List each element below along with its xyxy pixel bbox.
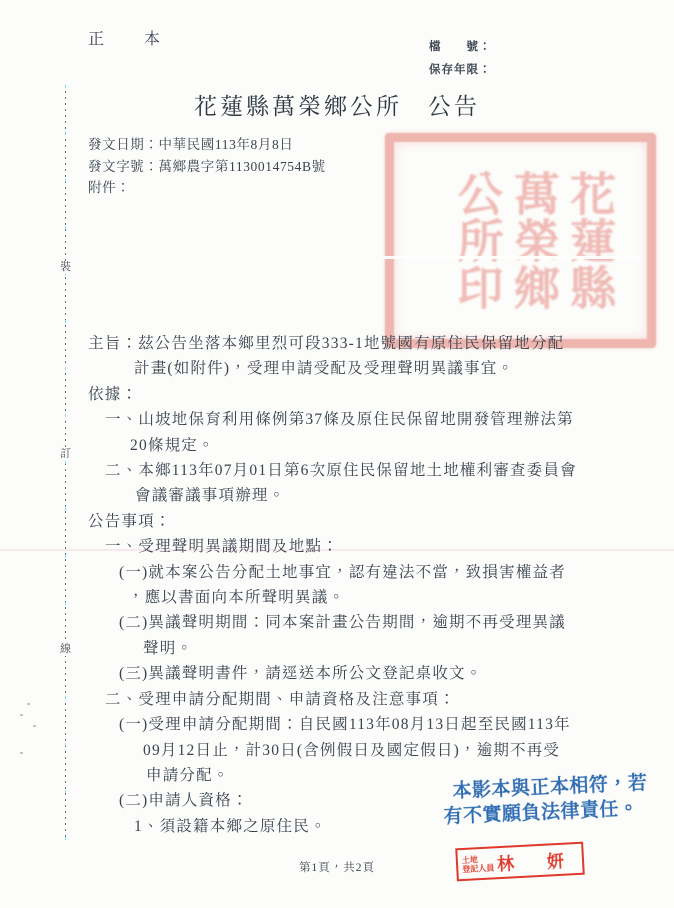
body-line: 公告事項： bbox=[0, 509, 674, 534]
copy-type-label: 正 本 bbox=[88, 26, 172, 49]
body-line: 主旨：茲公告坐落本鄉里烈可段333-1地號國有原住民保留地分配 bbox=[0, 331, 674, 356]
scan-speck bbox=[20, 752, 23, 754]
official-seal: 花蓮縣萬榮鄉公所印 bbox=[385, 133, 656, 348]
file-number-label: 檔 號： bbox=[429, 36, 492, 59]
document-meta: 發文日期：中華民國113年8月8日 發文字號：萬鄉農字第1130014754B號… bbox=[88, 134, 326, 199]
issue-date-line: 發文日期：中華民國113年8月8日 bbox=[88, 134, 326, 156]
body-line: (二)異議聲明期間：同本案計畫公告期間，逾期不再受理異議 bbox=[0, 610, 674, 635]
body-line: 一、山坡地保育利用條例第37條及原住民保留地開發管理辦法第 bbox=[0, 407, 674, 432]
attachment-line: 附件： bbox=[88, 177, 326, 199]
archive-block: 檔 號： 保存年限： bbox=[429, 36, 492, 82]
body-line: 09月12日止，計30日(含例假日及國定假日)，逾期不再受 bbox=[0, 738, 674, 763]
scan-speck bbox=[33, 725, 36, 727]
body-line: (一)就本案公告分配土地事宜，認有違法不當，致損害權益者 bbox=[0, 560, 674, 585]
body-line: 一、受理聲明異議期間及地點： bbox=[0, 534, 674, 559]
body-line: 20條規定。 bbox=[0, 433, 674, 458]
body-line: 計畫(如附件)，受理申請受配及受理聲明異議事宜。 bbox=[0, 356, 674, 381]
binding-mark-zhuang: 裝 bbox=[58, 261, 73, 274]
doc-number-line: 發文字號：萬鄉農字第1130014754B號 bbox=[88, 156, 326, 178]
scan-speck bbox=[27, 703, 30, 705]
body-line: 二、受理申請分配期間、申請資格及注意事項： bbox=[0, 687, 674, 712]
document-title: 花蓮縣萬榮鄉公所 公告 bbox=[0, 88, 674, 121]
photocopy-certification-stamp: 本影本與正本相符，若 有不實願負法律責任。 bbox=[442, 771, 649, 830]
official-seal-text: 花蓮縣萬榮鄉公所印 bbox=[420, 152, 617, 329]
body-line: 二、本鄉113年07月01日第6次原住民保留地土地權利審查委員會 bbox=[0, 458, 674, 483]
body-line: ，應以書面向本所聲明異議。 bbox=[0, 585, 674, 610]
scan-artifact-line bbox=[383, 256, 640, 259]
body-line: (三)異議聲明書件，請逕送本所公文登記桌收文。 bbox=[0, 661, 674, 686]
announcement-body: 主旨：茲公告坐落本鄉里烈可段333-1地號國有原住民保留地分配 計畫(如附件)，… bbox=[0, 331, 674, 839]
document-page: 裝 訂 線 正 本 檔 號： 保存年限： 花蓮縣萬榮鄉公所 公告 發文日期：中華… bbox=[0, 0, 674, 908]
body-line: 會議審議事項辦理。 bbox=[0, 483, 674, 508]
retention-period-label: 保存年限： bbox=[429, 59, 492, 82]
body-line: 聲明。 bbox=[0, 636, 674, 661]
page-number-indicator: 第1頁，共2頁 bbox=[0, 859, 674, 875]
body-line: (一)受理申請分配期間：自民國113年08月13日起至民國113年 bbox=[0, 712, 674, 737]
scan-speck bbox=[20, 714, 23, 716]
body-line: 依據： bbox=[0, 382, 674, 407]
